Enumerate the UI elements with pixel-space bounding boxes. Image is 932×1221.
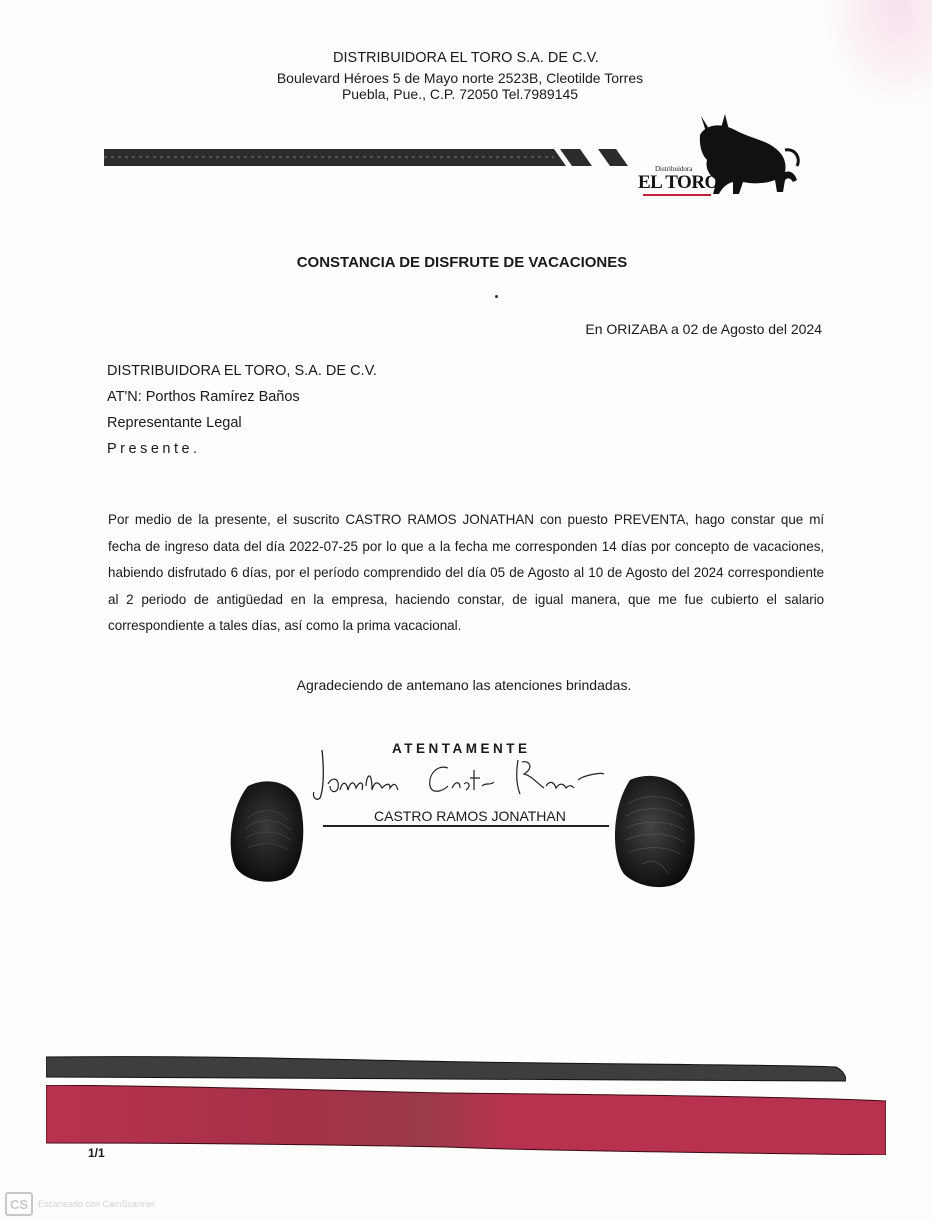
camscanner-watermark: CS Escaneado con CamScanner xyxy=(5,1192,155,1216)
document-title: CONSTANCIA DE DISFRUTE DE VACACIONES xyxy=(0,254,924,271)
page-number: 1/1 xyxy=(88,1146,105,1160)
closing-line: Agradeciendo de antemano las atenciones … xyxy=(0,677,928,693)
fingerprint-right-icon xyxy=(612,774,696,890)
date-line: En ORIZABA a 02 de Agosto del 2024 xyxy=(585,321,822,337)
recipient-role: Representante Legal xyxy=(107,415,242,431)
camscanner-badge-icon: CS xyxy=(5,1192,33,1216)
handwritten-signature xyxy=(310,748,610,804)
letterhead-company: DISTRIBUIDORA EL TORO S.A. DE C.V. xyxy=(0,50,932,67)
letterhead-address-line2: Puebla, Pue., C.P. 72050 Tel.7989145 xyxy=(0,86,920,103)
speck xyxy=(495,295,498,298)
recipient-presente: Presente. xyxy=(107,441,201,457)
fingerprint-left-icon xyxy=(228,778,306,884)
signature-line xyxy=(323,825,609,827)
footer-stripe-red xyxy=(46,1085,886,1155)
signer-name: CASTRO RAMOS JONATHAN xyxy=(374,808,566,824)
recipient-attention: AT'N: Porthos Ramírez Baños xyxy=(107,389,300,405)
letterhead-stripe xyxy=(104,149,630,166)
el-toro-logo: Distribuidora EL TORO xyxy=(625,110,805,205)
watermark-text: Escaneado con CamScanner xyxy=(38,1199,155,1209)
footer-stripe-gray xyxy=(46,1055,846,1083)
letterhead-address-line1: Boulevard Héroes 5 de Mayo norte 2523B, … xyxy=(0,70,920,87)
body-paragraph: Por medio de la presente, el suscrito CA… xyxy=(108,506,824,639)
logo-text: EL TORO xyxy=(638,172,719,194)
logo-red-line xyxy=(643,194,711,196)
recipient-company: DISTRIBUIDORA EL TORO, S.A. DE C.V. xyxy=(107,363,377,379)
